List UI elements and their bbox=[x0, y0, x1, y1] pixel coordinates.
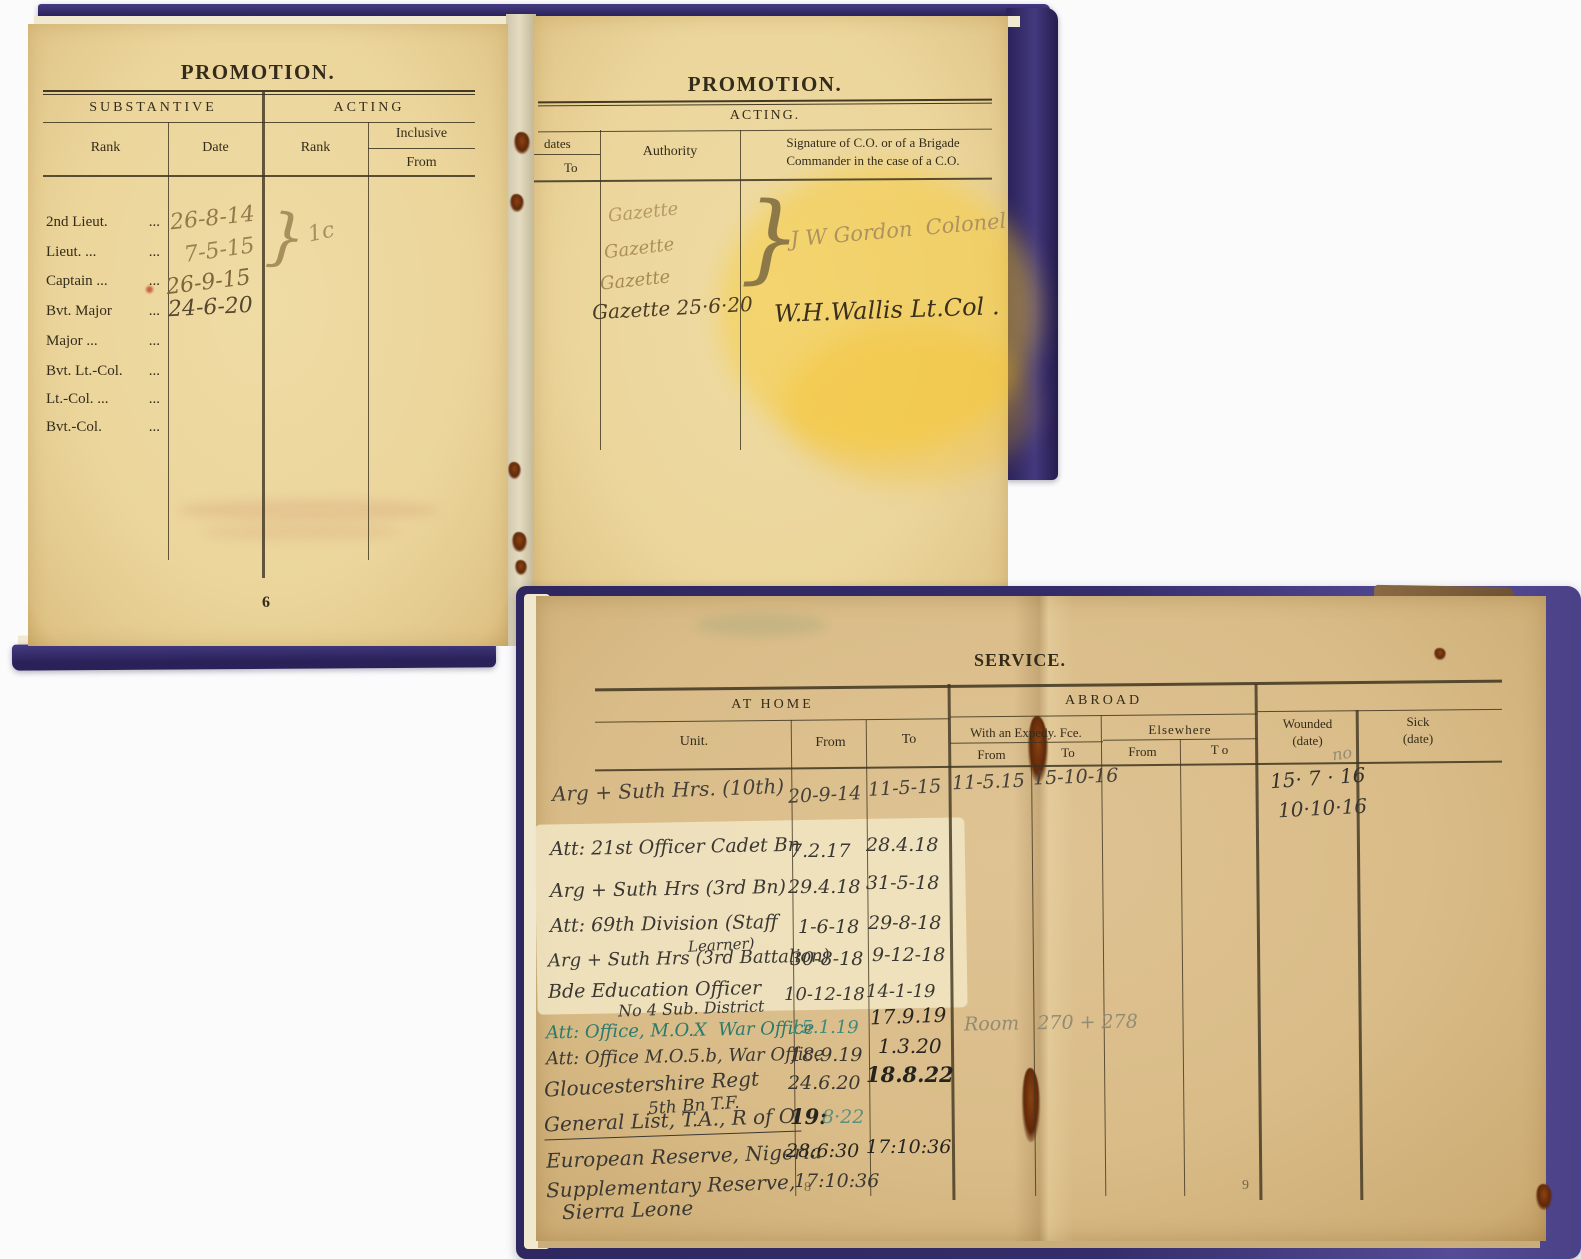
col-header-date: Date bbox=[168, 140, 263, 156]
rank-dots: ... bbox=[149, 303, 160, 320]
rank-label: 2nd Lieut. bbox=[46, 214, 108, 231]
group-header-at-home: AT HOME bbox=[595, 697, 950, 713]
rank-label: Bvt.-Col. bbox=[46, 419, 102, 436]
service-to: 14-1-19 bbox=[866, 981, 935, 1002]
rank-dots: ... bbox=[149, 273, 160, 290]
rank-dots: ... bbox=[149, 363, 160, 380]
col-header-rank-substantive: Rank bbox=[43, 140, 168, 156]
service-unit: European Reserve, Nigeria bbox=[546, 1139, 822, 1173]
rank-dots: ... bbox=[149, 333, 160, 350]
col-header-exp-from: From bbox=[950, 747, 1033, 763]
wounded-date: 10·10·16 bbox=[1277, 794, 1367, 823]
rank-label: Lieut. ... bbox=[46, 244, 96, 261]
rank-row: 2nd Lieut.... bbox=[46, 214, 160, 231]
service-to: 31-5-18 bbox=[866, 872, 939, 894]
col-header-sick: Sick (date) bbox=[1358, 714, 1478, 748]
group-rule bbox=[43, 122, 475, 123]
col-header-expedy: With an Expedy. Fce. bbox=[946, 725, 1106, 741]
rank-row: Lt.-Col. ...... bbox=[46, 391, 160, 408]
page-number: 6 bbox=[248, 594, 284, 612]
rust-spot bbox=[508, 462, 521, 479]
service-to: 17:10:36 bbox=[866, 1136, 951, 1158]
rust-spot bbox=[515, 560, 527, 575]
page-title: PROMOTION. bbox=[534, 72, 996, 97]
column-line bbox=[168, 122, 169, 560]
service-unit: Arg + Suth Hrs. (10th) bbox=[552, 774, 785, 806]
column-line bbox=[1180, 739, 1186, 1196]
rank-dots: ... bbox=[149, 419, 160, 436]
yellow-stain bbox=[784, 326, 1034, 486]
service-from: 29.4.18 bbox=[788, 876, 861, 898]
service-from: 24.6.20 bbox=[788, 1072, 861, 1094]
rust-spot bbox=[510, 194, 524, 212]
service-unit: Arg + Suth Hrs (3rd Bn) bbox=[550, 876, 786, 902]
service-unit: General List, T.A., R of O. bbox=[544, 1104, 801, 1141]
group-rule-right bbox=[1257, 709, 1502, 713]
service-unit-line2: Sierra Leone bbox=[562, 1196, 694, 1225]
col-header-from: From bbox=[793, 735, 868, 751]
column-line-heavy bbox=[262, 92, 265, 578]
promotion-acting-page: PROMOTION. ACTING. dates To Authority Si… bbox=[534, 16, 1008, 648]
rank-dots: ... bbox=[149, 391, 160, 408]
service-book-photo: SERVICE. AT HOME ABROAD Unit. From To Wi… bbox=[516, 586, 1581, 1259]
service-from: 15.1.19 bbox=[790, 1017, 859, 1038]
service-to: 9-12-18 bbox=[872, 944, 945, 966]
page-number-right: 9 bbox=[1242, 1178, 1249, 1194]
col-header-rank-acting: Rank bbox=[263, 140, 368, 156]
authority-entry: Gazette bbox=[607, 198, 679, 226]
rank-label: Bvt. Major bbox=[46, 303, 112, 320]
service-unit: Att: 69th Division (Staff bbox=[550, 911, 778, 937]
rust-spot bbox=[514, 132, 530, 154]
service-to: 11-5-15 bbox=[867, 775, 941, 801]
service-abroad-to: 15-10-16 bbox=[1033, 765, 1119, 790]
handwritten-date: 7-5-15 bbox=[183, 233, 257, 268]
scanned-record-book-canvas: PROMOTION. SUBSTANTIVE ACTING Rank Date … bbox=[0, 0, 1581, 1259]
service-from: 10-12-18 bbox=[784, 984, 865, 1005]
page-title: SERVICE. bbox=[960, 650, 1080, 671]
rust-spot bbox=[1536, 1184, 1552, 1210]
rank-dots: ... bbox=[149, 214, 160, 231]
handwritten-note: 1c bbox=[306, 218, 337, 248]
service-from: 1-6-18 bbox=[798, 916, 859, 938]
col-header-to: To bbox=[564, 160, 578, 176]
group-header-acting: ACTING bbox=[263, 100, 475, 116]
rank-label: Major ... bbox=[46, 333, 98, 350]
header-bottom-rule bbox=[43, 175, 475, 177]
col-header-elsewhere: Elsewhere bbox=[1103, 722, 1257, 738]
service-unit-line2: No 4 Sub. District bbox=[618, 996, 765, 1020]
service-abroad-from: 11-5.15 bbox=[952, 770, 1026, 795]
rank-row: Lieut. ...... bbox=[46, 244, 160, 261]
rank-row: Bvt. Lt.-Col.... bbox=[46, 363, 160, 380]
rank-label: Lt.-Col. ... bbox=[46, 391, 109, 408]
rust-spot bbox=[1022, 1068, 1040, 1142]
rust-spot bbox=[512, 532, 527, 552]
rank-label: Bvt. Lt.-Col. bbox=[46, 363, 123, 380]
handwritten-date: 24-6-20 bbox=[167, 293, 253, 322]
col-header-dates: dates bbox=[544, 136, 571, 152]
pencil-note-room: Room 270 + 278 bbox=[964, 1010, 1138, 1035]
service-to: 18.8.22 bbox=[866, 1062, 954, 1087]
service-from-faded: 8·22 bbox=[822, 1106, 864, 1128]
group-header-abroad: ABROAD bbox=[950, 693, 1257, 709]
col-header-else-to: T o bbox=[1182, 742, 1257, 758]
column-line bbox=[1101, 715, 1107, 1196]
bleedthrough-smudge bbox=[203, 524, 403, 540]
service-from: 28:6:30 bbox=[786, 1140, 859, 1162]
page-number-left: 8 bbox=[804, 1180, 811, 1196]
promotion-substantive-page: PROMOTION. SUBSTANTIVE ACTING Rank Date … bbox=[28, 24, 508, 646]
authority-entry: Gazette bbox=[603, 234, 675, 263]
col-header-from: From bbox=[368, 155, 475, 171]
rank-row: Bvt.-Col.... bbox=[46, 419, 160, 436]
page-title: PROMOTION. bbox=[28, 60, 488, 85]
group-header-substantive: SUBSTANTIVE bbox=[43, 100, 263, 116]
rank-row: Captain ...... bbox=[46, 273, 160, 290]
service-from: 7.2.17 bbox=[790, 840, 850, 862]
column-line bbox=[368, 122, 369, 560]
service-unit: Att: Office, M.O.X War Office bbox=[546, 1018, 815, 1044]
rust-spot bbox=[1434, 648, 1446, 660]
rank-row: Bvt. Major... bbox=[46, 303, 160, 320]
service-to: 17.9.19 bbox=[870, 1003, 947, 1030]
bleedthrough-smudge bbox=[178, 499, 438, 521]
service-to: 29-8-18 bbox=[868, 912, 941, 934]
service-from: 18.9.19 bbox=[790, 1044, 863, 1066]
service-unit: Att: Office M.O.5.b, War Office bbox=[546, 1044, 825, 1070]
service-from: 30-8-18 bbox=[790, 948, 863, 970]
col-header-signature: Signature of C.O. or of a Brigade Comman… bbox=[750, 134, 996, 169]
title-double-rule bbox=[43, 90, 475, 95]
col-header-to: To bbox=[868, 732, 950, 748]
wounded-scribble: no bbox=[1331, 743, 1353, 765]
handwritten-date: 26-8-14 bbox=[169, 202, 256, 236]
service-to: 1.3.20 bbox=[878, 1034, 942, 1058]
service-unit: Att: 21st Officer Cadet Bn bbox=[550, 834, 800, 860]
col-header-exp-to: To bbox=[1033, 745, 1103, 761]
service-to: 28.4.18 bbox=[866, 834, 939, 856]
wounded-date: 15· 7 · 16 bbox=[1269, 763, 1366, 794]
col-header-authority: Authority bbox=[600, 144, 740, 160]
group-rule-abroad bbox=[950, 714, 1257, 718]
service-from: 20-9-14 bbox=[787, 782, 861, 808]
inclusive-sub-rule bbox=[368, 148, 475, 149]
group-rule-home bbox=[595, 718, 950, 723]
handwritten-brace: } bbox=[264, 199, 308, 275]
dates-sub-rule bbox=[534, 154, 600, 155]
title-double-rule bbox=[538, 99, 992, 107]
col-header-unit: Unit. bbox=[595, 734, 793, 750]
bleedthrough-smudge bbox=[696, 614, 826, 636]
rank-dots: ... bbox=[149, 244, 160, 261]
col-header-else-from: From bbox=[1103, 744, 1182, 760]
group-rule bbox=[538, 129, 992, 133]
authority-entry: Gazette bbox=[599, 266, 671, 294]
rank-row: Major ...... bbox=[46, 333, 160, 350]
service-page: SERVICE. AT HOME ABROAD Unit. From To Wi… bbox=[536, 596, 1546, 1241]
col-header-inclusive: Inclusive bbox=[368, 126, 475, 142]
group-header-acting: ACTING. bbox=[534, 108, 996, 124]
rank-label: Captain ... bbox=[46, 273, 108, 290]
column-line-heavy bbox=[1255, 684, 1263, 1200]
promotion-book-photo: PROMOTION. SUBSTANTIVE ACTING Rank Date … bbox=[10, 4, 1060, 668]
